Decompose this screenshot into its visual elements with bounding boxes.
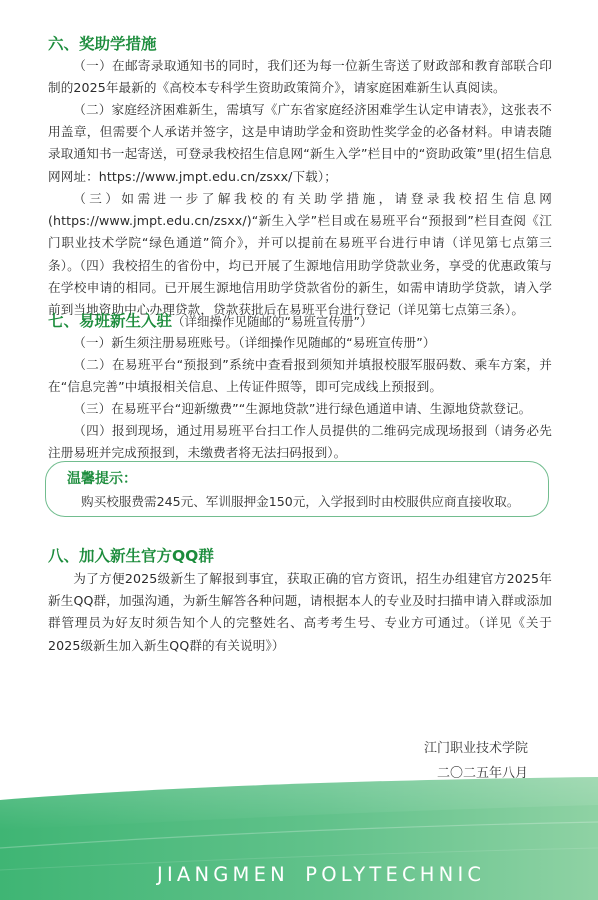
section-6-paragraph-2: （二）家庭经济困难新生，需填写《广东省家庭经济困难学生认定申请表》，这张表不用盖… — [48, 99, 552, 188]
tip-title: 温馨提示： — [67, 468, 137, 488]
signature-org: 江门职业技术学院 — [424, 737, 528, 756]
footer-brand-text: JIANGMEN POLYTECHNIC — [157, 863, 485, 886]
section-7-paragraph-1: （一）新生须注册易班账号。（详细操作见随邮的“易班宣传册”） — [48, 332, 552, 354]
section-7-title: 七、易班新生入驻 — [48, 312, 172, 330]
section-7-paragraph-3: （三）在易班平台“迎新缴费”“生源地贷款”进行绿色通道申请、生源地贷款登记。 — [48, 398, 552, 420]
tip-text: 购买校服费需245元、军训服押金150元，入学报到时由校服供应商直接收取。 — [81, 491, 519, 510]
section-7-paragraph-4: （四）报到现场，通过用易班平台扫工作人员提供的二维码完成现场报到（请务必先注册易… — [48, 420, 552, 464]
section-6-heading: 六、奖助学措施 — [48, 33, 157, 55]
section-6-paragraph-1: （一）在邮寄录取通知书的同时，我们还为每一位新生寄送了财政部和教育部联合印制的2… — [48, 55, 552, 99]
section-8-paragraph-1: 为了方便2025级新生了解报到事宜，获取正确的官方资讯，招生办组建官方2025年… — [48, 568, 552, 657]
section-7-subtitle: （详细操作见随邮的“易班宣传册”） — [172, 314, 372, 329]
section-8-heading: 八、加入新生官方QQ群 — [48, 545, 214, 567]
section-7-paragraph-2: （二）在易班平台“预报到”系统中查看报到须知并填报校服军服码数、乘车方案，并在“… — [48, 354, 552, 398]
section-7-heading: 七、易班新生入驻（详细操作见随邮的“易班宣传册”） — [48, 310, 372, 333]
tip-box: 温馨提示： 购买校服费需245元、军训服押金150元，入学报到时由校服供应商直接… — [45, 461, 549, 517]
